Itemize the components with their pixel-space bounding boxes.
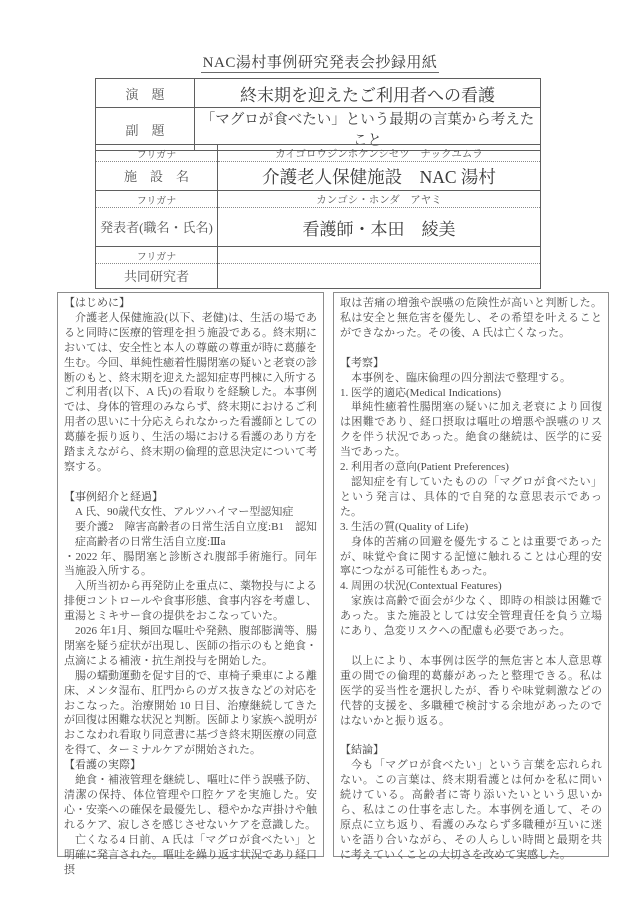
- coresearcher-label: 共同研究者: [96, 264, 218, 289]
- body-paragraph: 以上により、本事例は医学的無危害と本人意思尊重の間での倫理的葛藤があったと整理で…: [340, 654, 602, 729]
- section-heading-hajimeni: 【はじめに】: [64, 296, 317, 311]
- section-heading-kousatsu: 【考察】: [340, 356, 602, 371]
- list-item-preferences: 2. 利用者の意向(Patient Preferences): [340, 460, 602, 475]
- body-paragraph: 入所当初から再発防止を重点に、薬物投与による排便コントロールや食事形態、食事内容…: [64, 579, 317, 624]
- section-heading-jirei: 【事例紹介と経過】: [64, 490, 317, 505]
- body-left-column: 【はじめに】 介護老人保健施設(以下、老健)は、生活の場であると同時に医療的管理…: [57, 292, 324, 857]
- section-heading-ketsuron: 【結論】: [340, 743, 602, 758]
- coresearcher-row: 共同研究者: [96, 264, 541, 289]
- body-paragraph: 家族は高齢で面会が少なく、即時の相談は困難であった。また施設としては安全管理責任…: [340, 594, 602, 639]
- coresearcher-furigana: [218, 247, 541, 264]
- body-paragraph: ・2022 年、腸閉塞と診断され腹部手術施行。同年当施設入所する。: [64, 550, 317, 580]
- title-table-row-endai: 演 題 終末期を迎えたご利用者への看護: [96, 79, 541, 108]
- body-paragraph: A 氏、90歳代女性、アルツハイマー型認知症: [64, 505, 317, 520]
- page-title: NAC湯村事例研究発表会抄録用紙: [0, 51, 640, 72]
- presenter-label: 発表者(職名・氏名): [96, 208, 218, 247]
- title-table: 演 題 終末期を迎えたご利用者への看護 副 題 「マグロが食べたい」という最期の…: [95, 78, 541, 151]
- body-paragraph: 取は苦痛の増強や誤嚥の危険性が高いと判断した。私は安全と無危害を優先し、その希望…: [340, 296, 602, 341]
- list-item-medical: 1. 医学的適応(Medical Indications): [340, 386, 602, 401]
- facility-row: 施 設 名 介護老人保健施設 NAC 湯村: [96, 162, 541, 191]
- body-paragraph: 要介護2 障害高齢者の日常生活自立度:B1 認知症高齢者の日常生活自立度:Ⅲa: [64, 520, 317, 550]
- facility-name: 介護老人保健施設 NAC 湯村: [218, 162, 541, 191]
- body-paragraph: 今も「マグロが食べたい」という言葉を忘れられない。この言葉は、終末期看護とは何か…: [340, 758, 602, 862]
- presentation-title: 終末期を迎えたご利用者への看護: [195, 79, 541, 108]
- body-paragraph: 身体的苦痛の回避を優先することは重要であったが、味覚や食に関する記憶に触れること…: [340, 535, 602, 580]
- furigana-row-coresearcher: フリガナ: [96, 247, 541, 264]
- coresearcher-name: [218, 264, 541, 289]
- furigana-label: フリガナ: [96, 247, 218, 264]
- list-item-contextual: 4. 周囲の状況(Contextual Features): [340, 579, 602, 594]
- body-right-column: 取は苦痛の増強や誤嚥の危険性が高いと判断した。私は安全と無危害を優先し、その希望…: [333, 292, 609, 857]
- body-paragraph: 亡くなる4 日前、A 氏は「マグロが食べたい」と明確に発言された。嘔吐を繰り返す…: [64, 833, 317, 878]
- body-paragraph: 腸の蠕動運動を促す目的で、車椅子乗車による離床、メンタ湿布、肛門からのガス抜きな…: [64, 669, 317, 758]
- endai-label: 演 題: [96, 79, 195, 108]
- furigana-label: フリガナ: [96, 145, 218, 162]
- section-heading-kango: 【看護の実際】: [64, 758, 317, 773]
- presenter-row: 発表者(職名・氏名) 看護師・本田 綾美: [96, 208, 541, 247]
- furigana-row-presenter: フリガナ カンゴシ・ホンダ アヤミ: [96, 191, 541, 208]
- furigana-row-facility: フリガナ カイゴロウジンホケンシセツ ナックユムラ: [96, 145, 541, 162]
- body-paragraph: 絶食・補液管理を継続し、嘔吐に伴う誤嚥予防、清潔の保持、体位管理や口腔ケアを実施…: [64, 773, 317, 833]
- page-title-text: NAC湯村事例研究発表会抄録用紙: [201, 55, 440, 73]
- body-paragraph: 単純性癒着性腸閉塞の疑いに加え老衰により回復は困難であり、経口摂取は嘔吐の増悪や…: [340, 400, 602, 460]
- presenter-furigana: カンゴシ・ホンダ アヤミ: [218, 191, 541, 208]
- body-paragraph: 介護老人保健施設(以下、老健)は、生活の場であると同時に医療的管理を担う施設であ…: [64, 311, 317, 475]
- body-paragraph: 2026 年1月、頻回な嘔吐や発熱、腹部膨満等、腸閉塞を疑う症状が出現し、医師の…: [64, 624, 317, 669]
- body-paragraph: 本事例を、臨床倫理の四分割法で整理する。: [340, 371, 602, 386]
- presenter-name: 看護師・本田 綾美: [218, 208, 541, 247]
- furigana-label: フリガナ: [96, 191, 218, 208]
- abstract-document-page: NAC湯村事例研究発表会抄録用紙 演 題 終末期を迎えたご利用者への看護 副 題…: [0, 0, 640, 905]
- facility-label: 施 設 名: [96, 162, 218, 191]
- facility-furigana: カイゴロウジンホケンシセツ ナックユムラ: [218, 145, 541, 162]
- list-item-qol: 3. 生活の質(Quality of Life): [340, 520, 602, 535]
- info-table: フリガナ カイゴロウジンホケンシセツ ナックユムラ 施 設 名 介護老人保健施設…: [95, 144, 541, 289]
- body-paragraph: 認知症を有していたものの「マグロが食べたい」という発言は、具体的で自発的な意思表…: [340, 475, 602, 520]
